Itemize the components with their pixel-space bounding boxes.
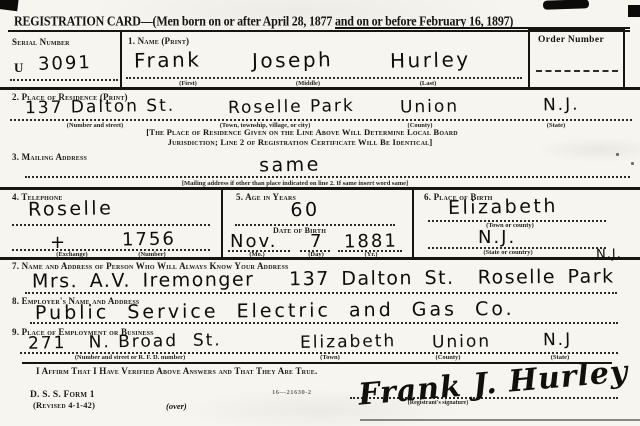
telephone-number-value: 1756	[122, 231, 176, 250]
divider	[528, 29, 625, 32]
employment-county-sublabel: (County)	[436, 354, 461, 361]
name-label: 1. Name (Print)	[128, 36, 189, 46]
serial-number-label: Serial Number	[12, 37, 70, 47]
form-number: D. S. S. Form 1	[30, 390, 95, 400]
scan-speck	[616, 153, 619, 156]
dob-day-value: 7	[310, 233, 323, 251]
dob-month-sublabel: (Mo.)	[249, 251, 264, 258]
scan-mark	[543, 0, 589, 10]
telephone-exchange-sublabel: (Exchange)	[56, 251, 87, 258]
residence-state-sublabel: (State)	[547, 122, 565, 129]
divider	[412, 189, 414, 257]
registration-card: REGISTRATION CARD—(Men born on or after …	[0, 0, 640, 426]
order-number-line	[536, 70, 618, 72]
divider	[221, 189, 223, 257]
name-last-sublabel: (Last)	[420, 80, 437, 87]
divider	[0, 87, 640, 90]
over-note: (over)	[166, 401, 187, 411]
residence-state-value: N.J.	[543, 97, 580, 115]
age-label: 5. Age in Years	[236, 192, 296, 202]
serial-number-value: 3091	[38, 54, 92, 74]
birth-state-sublabel: (State or country)	[483, 249, 532, 256]
telephone-line1	[12, 224, 210, 226]
employment-town-value: Elizabeth	[300, 333, 397, 352]
residence-street-sublabel: (Number and street)	[67, 122, 123, 129]
mailing-label: 3. Mailing Address	[12, 152, 87, 162]
serial-number-line	[10, 79, 118, 81]
name-middle-value: Joseph	[252, 49, 334, 70]
employer-value: Public Service Electric and Gas Co.	[35, 300, 515, 323]
scan-line	[360, 419, 640, 421]
name-last-value: Hurley	[390, 49, 471, 70]
contact-state-note: N.J.	[596, 248, 622, 261]
form-revision: (Revised 4-1-42)	[33, 400, 95, 410]
residence-county-value: Union	[400, 98, 459, 116]
telephone-line2	[12, 249, 210, 251]
scan-mark	[0, 0, 19, 11]
divider	[0, 187, 640, 190]
order-number-label: Order Number	[538, 35, 604, 45]
employment-street-value: 271 N. Broad St.	[28, 332, 222, 352]
affirmation-text: I Affirm That I Have Verified Above Answ…	[36, 366, 317, 376]
scan-speck	[631, 162, 634, 165]
residence-note-line1: [The Place of Residence Given on the Lin…	[146, 127, 458, 137]
contact-line	[25, 292, 617, 294]
dob-year-value: 1881	[344, 233, 398, 252]
divider	[623, 29, 625, 89]
contact-value: Mrs. A.V. Iremonger 137 Dalton St. Rosel…	[32, 267, 615, 291]
employer-line	[30, 322, 618, 324]
employment-town-sublabel: (Town)	[320, 354, 340, 361]
dob-month-value: Nov.	[230, 233, 277, 251]
mailing-value: same	[259, 155, 321, 175]
serial-prefix: U	[14, 60, 23, 76]
birth-town-value: Elizabeth	[448, 197, 558, 218]
employment-county-value: Union	[432, 333, 491, 351]
residence-note-line2: Jurisdiction; Line 2 of Registration Cer…	[168, 137, 433, 147]
mailing-sublabel: [Mailing address if other than place ind…	[182, 180, 408, 187]
telephone-number-sublabel: (Number)	[138, 251, 165, 258]
age-value: 60	[290, 201, 320, 221]
telephone-exchange-value: Roselle	[28, 199, 114, 219]
employment-street-sublabel: (Number and street or R. F. D. number)	[75, 354, 185, 361]
mailing-line	[25, 176, 630, 178]
print-code: 16—21630-2	[272, 389, 312, 396]
residence-street-value: 137 Dalton St.	[25, 98, 175, 118]
residence-town-value: Roselle Park	[228, 98, 355, 117]
name-line	[126, 77, 522, 79]
divider	[120, 32, 122, 87]
name-first-value: Frank	[134, 49, 202, 70]
dob-day-sublabel: (Day)	[308, 251, 324, 258]
name-first-sublabel: (First)	[179, 80, 197, 87]
residence-line	[10, 119, 632, 121]
birth-state-value: N.J.	[478, 229, 516, 247]
employment-state-value: N.J	[543, 332, 572, 350]
name-middle-sublabel: (Middle)	[296, 80, 320, 87]
dob-year-sublabel: (Yr.)	[365, 251, 378, 258]
scan-mark	[628, 5, 640, 17]
divider	[528, 29, 530, 89]
